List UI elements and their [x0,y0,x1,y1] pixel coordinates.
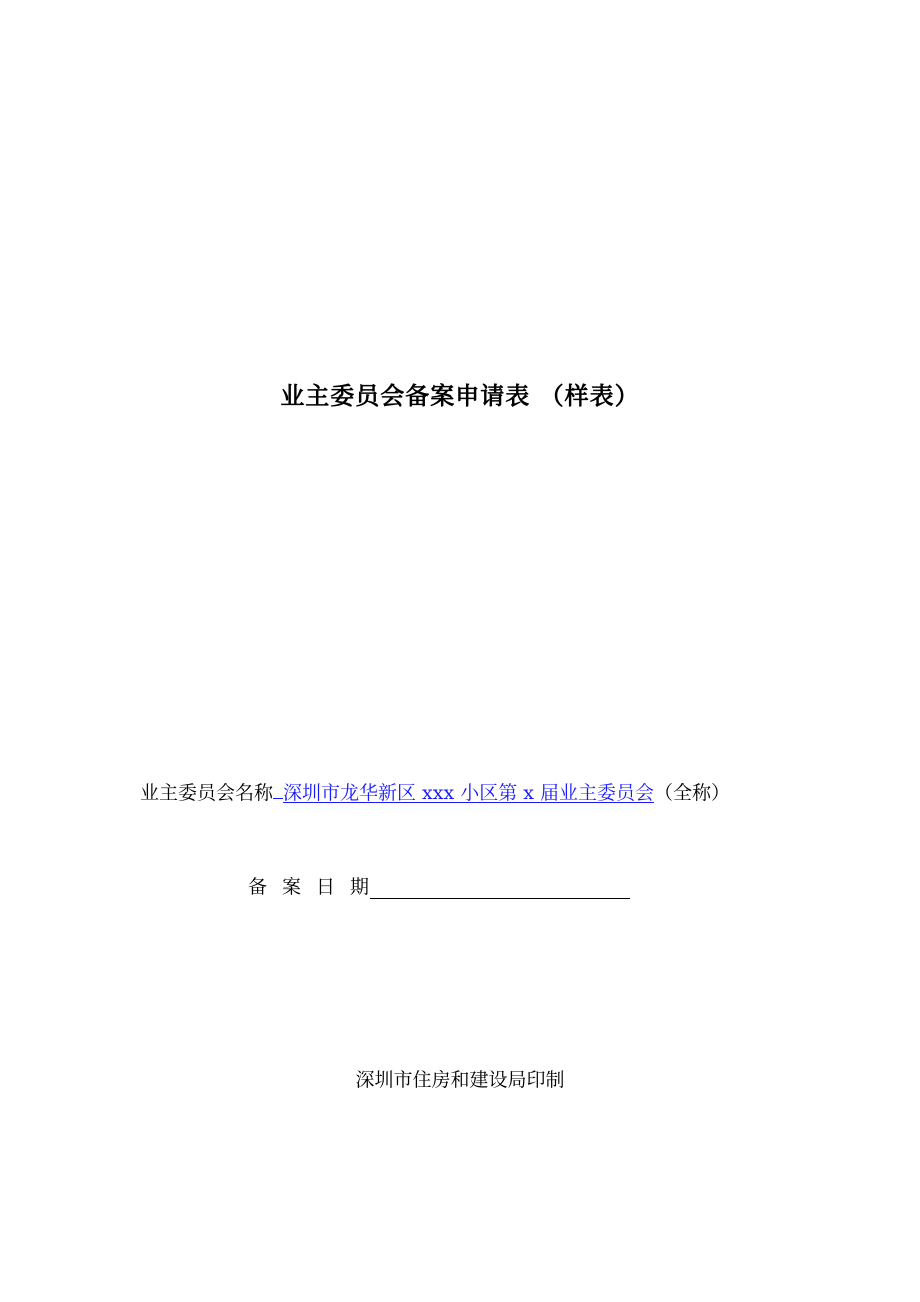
committee-name-label: 业主委员会名称 [140,782,273,804]
issuer-footer: 深圳市住房和建设局印制 [0,1066,920,1094]
committee-name-row: 业主委员会名称深圳市龙华新区 xxx 小区第 x 届业主委员会（全称） [140,778,730,807]
filing-date-row: 备案日期 [248,873,630,901]
filing-date-field[interactable] [370,876,630,899]
document-title: 业主委员会备案申请表 （样表） [0,378,920,414]
committee-name-suffix: （全称） [654,782,730,804]
committee-name-underline [273,778,283,799]
filing-date-label: 备案日期 [248,873,384,901]
document-page: 业主委员会备案申请表 （样表） 业主委员会名称深圳市龙华新区 xxx 小区第 x… [0,0,920,1302]
committee-name-link[interactable]: 深圳市龙华新区 xxx 小区第 x 届业主委员会 [283,782,654,804]
